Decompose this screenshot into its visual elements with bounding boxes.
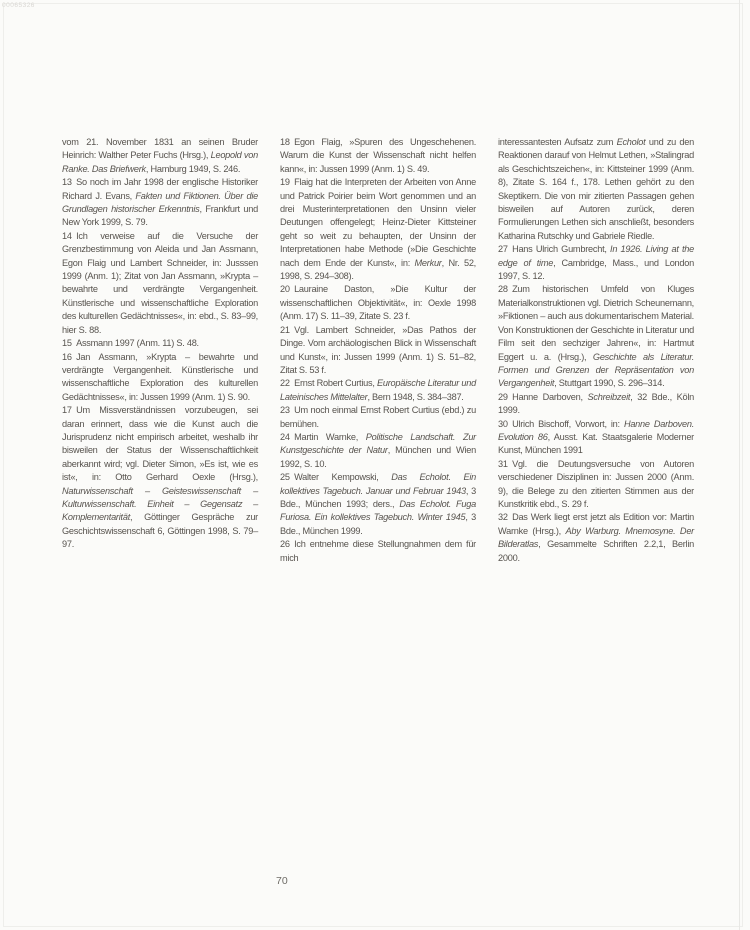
endnote-text: 14 Ich verweise auf die Versuche der Gre… <box>62 231 258 335</box>
endnote: 29 Hanne Darboven, Schreibzeit, 32 Bde.,… <box>498 391 694 418</box>
endnote-text: 18 Egon Flaig, »Spuren des Ungeschehenen… <box>280 137 476 174</box>
endnotes-column-2: 18 Egon Flaig, »Spuren des Ungeschehenen… <box>280 136 476 565</box>
page-number: 70 <box>276 875 288 887</box>
endnote: 17 Um Missverständnissen vorzubeugen, se… <box>62 404 258 551</box>
endnote-text: 28 Zum historischen Umfeld von Kluges Ma… <box>498 284 694 361</box>
endnote: 32 Das Werk liegt erst jetzt als Edition… <box>498 511 694 565</box>
endnote-title-italic: Schreibzeit <box>587 392 630 402</box>
endnote-text: und zu den Reaktionen darauf von Helmut … <box>498 137 694 241</box>
endnote: 18 Egon Flaig, »Spuren des Ungeschehenen… <box>280 136 476 176</box>
endnote: 24 Martin Warnke, Politische Landschaft.… <box>280 431 476 471</box>
endnote-text: 26 Ich entnehme diese Stellungnahmen dem… <box>280 539 476 562</box>
endnote-text: 24 Martin Warnke, <box>280 432 366 442</box>
endnote-text: interessantesten Aufsatz zum <box>498 137 617 147</box>
endnote: 21 Vgl. Lambert Schneider, »Das Pathos d… <box>280 324 476 378</box>
endnote-text: , Stuttgart 1990, S. 296–314. <box>554 378 664 388</box>
endnote-text: 23 Um noch einmal Ernst Robert Curtius (… <box>280 405 476 428</box>
endnote-title-italic: Merkur <box>415 258 442 268</box>
endnote-text: 29 Hanne Darboven, <box>498 392 587 402</box>
endnote-text: 17 Um Missverständnissen vorzubeugen, se… <box>62 405 258 482</box>
endnote-text: 19 Flaig hat die Interpreten der Arbeite… <box>280 177 476 267</box>
endnote: 26 Ich entnehme diese Stellungnahmen dem… <box>280 538 476 565</box>
endnote: 16 Jan Assmann, »Krypta – bewahrte und v… <box>62 351 258 405</box>
endnote-text: 30 Ulrich Bischoff, Vorwort, in: <box>498 419 624 429</box>
endnote: vom 21. November 1831 an seinen Bruder H… <box>62 136 258 176</box>
endnote-text: 27 Hans Ulrich Gumbrecht, <box>498 244 610 254</box>
endnote-text: 20 Lauraine Daston, »Die Kultur der wiss… <box>280 284 476 321</box>
endnote: 19 Flaig hat die Interpreten der Arbeite… <box>280 176 476 283</box>
endnotes-column-3: interessantesten Aufsatz zum Echolot und… <box>498 136 694 565</box>
endnote: 22 Ernst Robert Curtius, Europäische Lit… <box>280 377 476 404</box>
scan-number: 00065326 <box>2 2 35 9</box>
endnote: 25 Walter Kempowski, Das Echolot. Ein ko… <box>280 471 476 538</box>
endnotes-column-1: vom 21. November 1831 an seinen Bruder H… <box>62 136 258 565</box>
endnote: interessantesten Aufsatz zum Echolot und… <box>498 136 694 243</box>
endnote: 30 Ulrich Bischoff, Vorwort, in: Hanne D… <box>498 418 694 458</box>
endnote: 23 Um noch einmal Ernst Robert Curtius (… <box>280 404 476 431</box>
endnote: 20 Lauraine Daston, »Die Kultur der wiss… <box>280 283 476 323</box>
endnote-text: 31 Vgl. die Deutungsversuche von Autoren… <box>498 459 694 509</box>
page-edge-line <box>739 0 740 930</box>
endnote-text: 15 Assmann 1997 (Anm. 11) S. 48. <box>62 338 199 348</box>
endnote: 31 Vgl. die Deutungsversuche von Autoren… <box>498 458 694 512</box>
endnote: 27 Hans Ulrich Gumbrecht, In 1926. Livin… <box>498 243 694 283</box>
endnote-text: , Hamburg 1949, S. 246. <box>146 164 240 174</box>
endnotes-block: vom 21. November 1831 an seinen Bruder H… <box>62 136 695 565</box>
endnote: 15 Assmann 1997 (Anm. 11) S. 48. <box>62 337 258 350</box>
endnote-text: 21 Vgl. Lambert Schneider, »Das Pathos d… <box>280 325 476 375</box>
endnote-text: 25 Walter Kempowski, <box>280 472 391 482</box>
endnote: 14 Ich verweise auf die Versuche der Gre… <box>62 230 258 337</box>
endnote: 28 Zum historischen Umfeld von Kluges Ma… <box>498 283 694 390</box>
endnote-title-italic: Echolot <box>617 137 646 147</box>
endnote-text: 22 Ernst Robert Curtius, <box>280 378 377 388</box>
endnote-text: 16 Jan Assmann, »Krypta – bewahrte und v… <box>62 352 258 402</box>
endnote: 13 So noch im Jahr 1998 der englische Hi… <box>62 176 258 230</box>
endnote-text: , Bern 1948, S. 384–387. <box>367 392 463 402</box>
